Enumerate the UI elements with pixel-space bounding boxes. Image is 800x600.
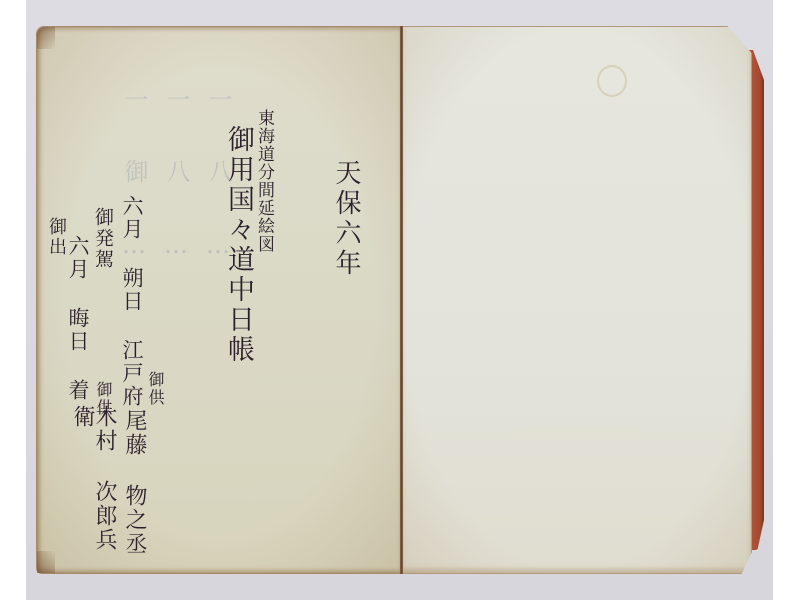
era-title: 天保六年 xyxy=(333,159,359,279)
show-through-text: 一 八 … xyxy=(159,87,194,269)
escort-name-1: 尾藤 物之丞 xyxy=(123,409,145,556)
water-stain xyxy=(597,65,627,97)
book-gutter xyxy=(400,26,403,574)
corner-wear-bottom-left xyxy=(37,551,55,573)
title-line-2: 御用国々道中日帳 xyxy=(225,125,252,365)
date-line-1: 六月 朔日 江戸府 xyxy=(121,195,142,408)
escort-label-1: 御供 xyxy=(147,371,163,407)
escort-name-2: 木村 次郎兵衛 xyxy=(71,405,115,573)
left-page: 一 御 … 一 八 … 一 八 … 天保六年 東海道分間延絵図 御用国々道中日帳… xyxy=(36,26,402,574)
date-line-2: 御発駕 xyxy=(93,207,112,270)
corner-wear-top-left xyxy=(37,27,55,49)
date-line-3: 六月 晦日 着 xyxy=(67,235,88,402)
open-book: 一 御 … 一 八 … 一 八 … 天保六年 東海道分間延絵図 御用国々道中日帳… xyxy=(36,26,766,576)
date-line-4: 御出 xyxy=(47,217,65,257)
right-page xyxy=(402,26,752,574)
title-line-1: 東海道分間延絵図 xyxy=(255,109,272,253)
